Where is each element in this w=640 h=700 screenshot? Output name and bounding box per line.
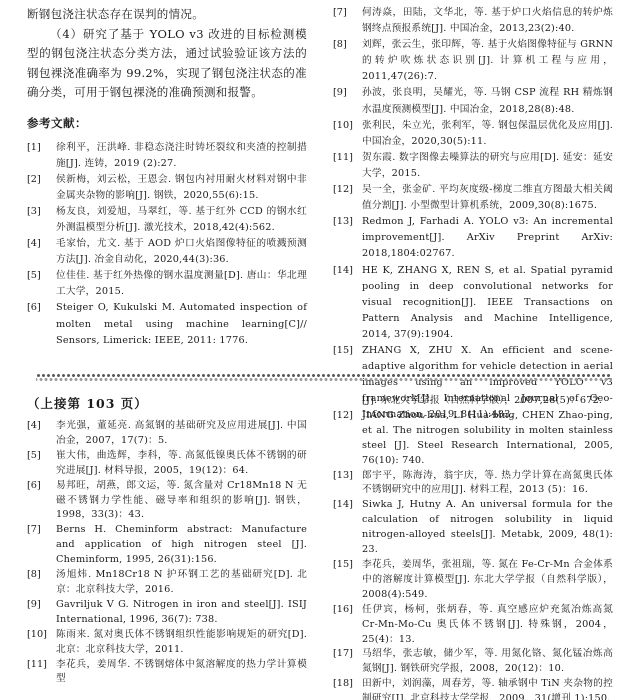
reference-item: [9]孙波，张良明，吴耀光，等. 马钢 CSP 流程 RH 精炼钢水温度预测模型… [333, 85, 613, 117]
reference-text: 张利民，朱立光，张利军，等. 钢包保温层优化及应用[J]. 中国冶金，2020,… [362, 118, 613, 150]
reference-text: 李花兵，姜周华，张祖瑞，等. 氮在 Fe-Cr-Mn 合金体系中的溶解度计算模型… [362, 558, 613, 603]
reference-number: [9] [333, 85, 362, 117]
reference-number: [5] [27, 268, 56, 300]
reference-text: Siwka J, Hutny A. An universal formula f… [362, 498, 613, 558]
reference-item: [4]李光强，董延亮. 高氮钢的基础研究及应用进展[J]. 中国冶金，2007，… [27, 419, 307, 449]
reference-number: [3] [27, 204, 56, 236]
reference-number: [2] [27, 172, 56, 204]
reference-number: [17] [333, 647, 362, 677]
reference-text: 贺东霞. 数字图像去噪算法的研究与应用[D]. 延安：延安大学，2015. [362, 150, 613, 182]
reference-item: [3]杨友良，刘爱旭，马翠红，等. 基于红外 CCD 的钢水红外测温模型分析[J… [27, 204, 307, 236]
reference-text: 崔大伟，曲选辉，李科，等. 高氮低镍奥氏体不锈钢的研究进展[J]. 材料导报，2… [56, 449, 307, 479]
reference-text: HE K, ZHANG X, REN S, et al. Spatial pyr… [362, 263, 613, 343]
references-list-bottom-right: [J]. 东北大学学报（自然科学版），2007,28(5)：672.[12]JI… [333, 394, 613, 700]
reference-text: 何涛焱，田陆，文华北，等. 基于炉口火焰信息的转炉炼钢终点预报系统[J]. 中国… [362, 5, 613, 37]
reference-number: [12] [333, 409, 362, 469]
reference-item: [8]刘辉，张云生，张印辉，等. 基于火焰图像特征与 GRNN 的转炉吹炼状态识… [333, 37, 613, 85]
reference-number: [14] [333, 263, 362, 343]
reference-number [333, 394, 362, 409]
reference-text: 汤旭炜. Mn18Cr18 N 护环钢工艺的基础研究[D]. 北京：北京科技大学… [56, 568, 307, 598]
reference-number: [8] [27, 568, 56, 598]
references-list-top-right: [7]何涛焱，田陆，文华北，等. 基于炉口火焰信息的转炉炼钢终点预报系统[J].… [333, 5, 613, 423]
reference-number: [13] [333, 214, 362, 262]
reference-item: [J]. 东北大学学报（自然科学版），2007,28(5)：672. [333, 394, 613, 409]
reference-number: [11] [27, 658, 56, 688]
reference-item: [9]Gavriljuk V G. Nitrogen in iron and s… [27, 598, 307, 628]
reference-number: [15] [333, 558, 362, 603]
reference-number: [10] [27, 628, 56, 658]
reference-text: 孙波，张良明，吴耀光，等. 马钢 CSP 流程 RH 精炼钢水温度预测模型[J]… [362, 85, 613, 117]
reference-item: [11]李花兵，姜周华. 不锈钢熔体中氮溶解度的热力学计算模型 [27, 658, 307, 688]
reference-text: 刘辉，张云生，张印辉，等. 基于火焰图像特征与 GRNN 的转炉吹炼状态识别[J… [362, 37, 613, 85]
references-list-bottom-left: [4]李光强，董延亮. 高氮钢的基础研究及应用进展[J]. 中国冶金，2007，… [27, 419, 307, 687]
reference-text: 徐利平，汪洪峰. 非稳态浇注时铸坯裂纹和夹渣的控制措施[J]. 连铸，2019 … [56, 140, 307, 172]
reference-number: [6] [27, 479, 56, 524]
reference-text: 侯新梅，刘云松，王恩会. 钢包内衬用耐火材料对钢中非金属夹杂物的影响[J]. 钢… [56, 172, 307, 204]
reference-text: 吴一全，张金矿. 平均灰度级-梯度二维直方图最大相关阈值分割[J]. 小型微型计… [362, 182, 613, 214]
reference-item: [13]郎宇平，陈海涛，翁宇庆，等. 热力学计算在高氮奥氏体不锈钢研究中的应用[… [333, 469, 613, 499]
reference-item: [5]崔大伟，曲选辉，李科，等. 高氮低镍奥氏体不锈钢的研究进展[J]. 材料导… [27, 449, 307, 479]
reference-item: [13]Redmon J, Farhadi A. YOLO v3: An inc… [333, 214, 613, 262]
reference-number: [4] [27, 236, 56, 268]
reference-text: 杨友良，刘爱旭，马翠红，等. 基于红外 CCD 的钢水红外测温模型分析[J]. … [56, 204, 307, 236]
reference-item: [2]侯新梅，刘云松，王恩会. 钢包内衬用耐火材料对钢中非金属夹杂物的影响[J]… [27, 172, 307, 204]
reference-item: [18]田新中，刘润藻，周春芳，等. 轴承钢中 TiN 夹杂物的控制研究[J].… [333, 677, 613, 700]
reference-item: [15]李花兵，姜周华，张祖瑞，等. 氮在 Fe-Cr-Mn 合金体系中的溶解度… [333, 558, 613, 603]
reference-number: [14] [333, 498, 362, 558]
reference-item: [10]张利民，朱立光，张利军，等. 钢包保温层优化及应用[J]. 中国冶金，2… [333, 118, 613, 150]
reference-item: [11]贺东霞. 数字图像去噪算法的研究与应用[D]. 延安：延安大学，2015… [333, 150, 613, 182]
reference-number: [16] [333, 603, 362, 648]
reference-number: [7] [27, 523, 56, 568]
reference-number: [13] [333, 469, 362, 499]
body-paragraph-continuation: 断钢包浇注状态存在误判的情况。 [27, 5, 307, 25]
reference-text: 李光强，董延亮. 高氮钢的基础研究及应用进展[J]. 中国冶金，2007，17(… [56, 419, 307, 449]
reference-item: [16]任伊宾，杨柯，张炳春，等. 真空感应炉充氮冶炼高氮 Cr-Mn-Mo-C… [333, 603, 613, 648]
reference-number: [10] [333, 118, 362, 150]
reference-number: [8] [333, 37, 362, 85]
reference-item: [14]HE K, ZHANG X, REN S, et al. Spatial… [333, 263, 613, 343]
reference-item: [10]陈雨来. 氮对奥氏体不锈钢组织性能影响规矩的研究[D]. 北京：北京科技… [27, 628, 307, 658]
reference-text: Berns H. Cheminform abstract: Manufactur… [56, 523, 307, 568]
reference-text: 位佳佳. 基于红外热像的钢水温度测量[D]. 唐山：华北理工大学，2015. [56, 268, 307, 300]
reference-text: 马绍华，张志敏，储少军，等. 用氮化铬、氮化锰冶炼高氮钢[J]. 钢铁研究学报，… [362, 647, 613, 677]
bottom-right-column: [J]. 东北大学学报（自然科学版），2007,28(5)：672.[12]JI… [333, 394, 613, 700]
reference-text: Gavriljuk V G. Nitrogen in iron and stee… [56, 598, 307, 628]
reference-item: [14]Siwka J, Hutny A. An universal formu… [333, 498, 613, 558]
top-right-column: [7]何涛焱，田陆，文华北，等. 基于炉口火焰信息的转炉炼钢终点预报系统[J].… [333, 5, 613, 423]
reference-text: Steiger O, Kukulski M. Automated inspect… [56, 300, 307, 348]
reference-number: [5] [27, 449, 56, 479]
reference-number: [7] [333, 5, 362, 37]
top-left-column: 断钢包浇注状态存在误判的情况。 （4）研究了基于 YOLO v3 改进的目标检测… [27, 5, 307, 349]
reference-number: [11] [333, 150, 362, 182]
references-list-top-left: [1]徐利平，汪洪峰. 非稳态浇注时铸坯裂纹和夹渣的控制措施[J]. 连铸，20… [27, 140, 307, 349]
reference-text: [J]. 东北大学学报（自然科学版），2007,28(5)：672. [362, 394, 613, 409]
body-paragraph-conclusion-4: （4）研究了基于 YOLO v3 改进的目标检测模型的钢包浇注状态分类方法，通过… [27, 25, 307, 103]
reference-item: [6]Steiger O, Kukulski M. Automated insp… [27, 300, 307, 348]
reference-number: [9] [27, 598, 56, 628]
continued-from-page-heading: （上接第 103 页） [27, 394, 307, 412]
reference-text: 郎宇平，陈海涛，翁宇庆，等. 热力学计算在高氮奥氏体不锈钢研究中的应用[J]. … [362, 469, 613, 499]
reference-item: [12]吴一全，张金矿. 平均灰度级-梯度二维直方图最大相关阈值分割[J]. 小… [333, 182, 613, 214]
reference-text: 任伊宾，杨柯，张炳春，等. 真空感应炉充氮冶炼高氮 Cr-Mn-Mo-Cu 奥氏… [362, 603, 613, 648]
reference-text: Redmon J, Farhadi A. YOLO v3: An increme… [362, 214, 613, 262]
reference-item: [4]毛家怡，尤文. 基于 AOD 炉口火焰图像特征的喷溅预测方法[J]. 冶金… [27, 236, 307, 268]
reference-text: 毛家怡，尤文. 基于 AOD 炉口火焰图像特征的喷溅预测方法[J]. 冶金自动化… [56, 236, 307, 268]
reference-item: [1]徐利平，汪洪峰. 非稳态浇注时铸坯裂纹和夹渣的控制措施[J]. 连铸，20… [27, 140, 307, 172]
reference-number: [18] [333, 677, 362, 700]
chain-divider [36, 373, 612, 382]
reference-number: [4] [27, 419, 56, 449]
reference-text: 陈雨来. 氮对奥氏体不锈钢组织性能影响规矩的研究[D]. 北京：北京科技大学，2… [56, 628, 307, 658]
reference-number: [1] [27, 140, 56, 172]
bottom-left-column: （上接第 103 页） [4]李光强，董延亮. 高氮钢的基础研究及应用进展[J]… [27, 394, 307, 687]
reference-text: JIANG Zhou-hua, LI Hua-bing, CHEN Zhao-p… [362, 409, 613, 469]
reference-text: 田新中，刘润藻，周春芳，等. 轴承钢中 TiN 夹杂物的控制研究[J]. 北京科… [362, 677, 613, 700]
reference-text: 易邦旺，胡燕，郎文运，等. 氮含量对 Cr18Mn18 N 无磁不锈钢力学性能、… [56, 479, 307, 524]
reference-text: 李花兵，姜周华. 不锈钢熔体中氮溶解度的热力学计算模型 [56, 658, 307, 688]
reference-item: [7]Berns H. Cheminform abstract: Manufac… [27, 523, 307, 568]
reference-item: [5]位佳佳. 基于红外热像的钢水温度测量[D]. 唐山：华北理工大学，2015… [27, 268, 307, 300]
reference-number: [12] [333, 182, 362, 214]
reference-item: [12]JIANG Zhou-hua, LI Hua-bing, CHEN Zh… [333, 409, 613, 469]
reference-number: [6] [27, 300, 56, 348]
references-heading: 参考文献： [27, 115, 307, 131]
reference-item: [17]马绍华，张志敏，储少军，等. 用氮化铬、氮化锰冶炼高氮钢[J]. 钢铁研… [333, 647, 613, 677]
reference-item: [7]何涛焱，田陆，文华北，等. 基于炉口火焰信息的转炉炼钢终点预报系统[J].… [333, 5, 613, 37]
reference-item: [6]易邦旺，胡燕，郎文运，等. 氮含量对 Cr18Mn18 N 无磁不锈钢力学… [27, 479, 307, 524]
reference-item: [8]汤旭炜. Mn18Cr18 N 护环钢工艺的基础研究[D]. 北京：北京科… [27, 568, 307, 598]
